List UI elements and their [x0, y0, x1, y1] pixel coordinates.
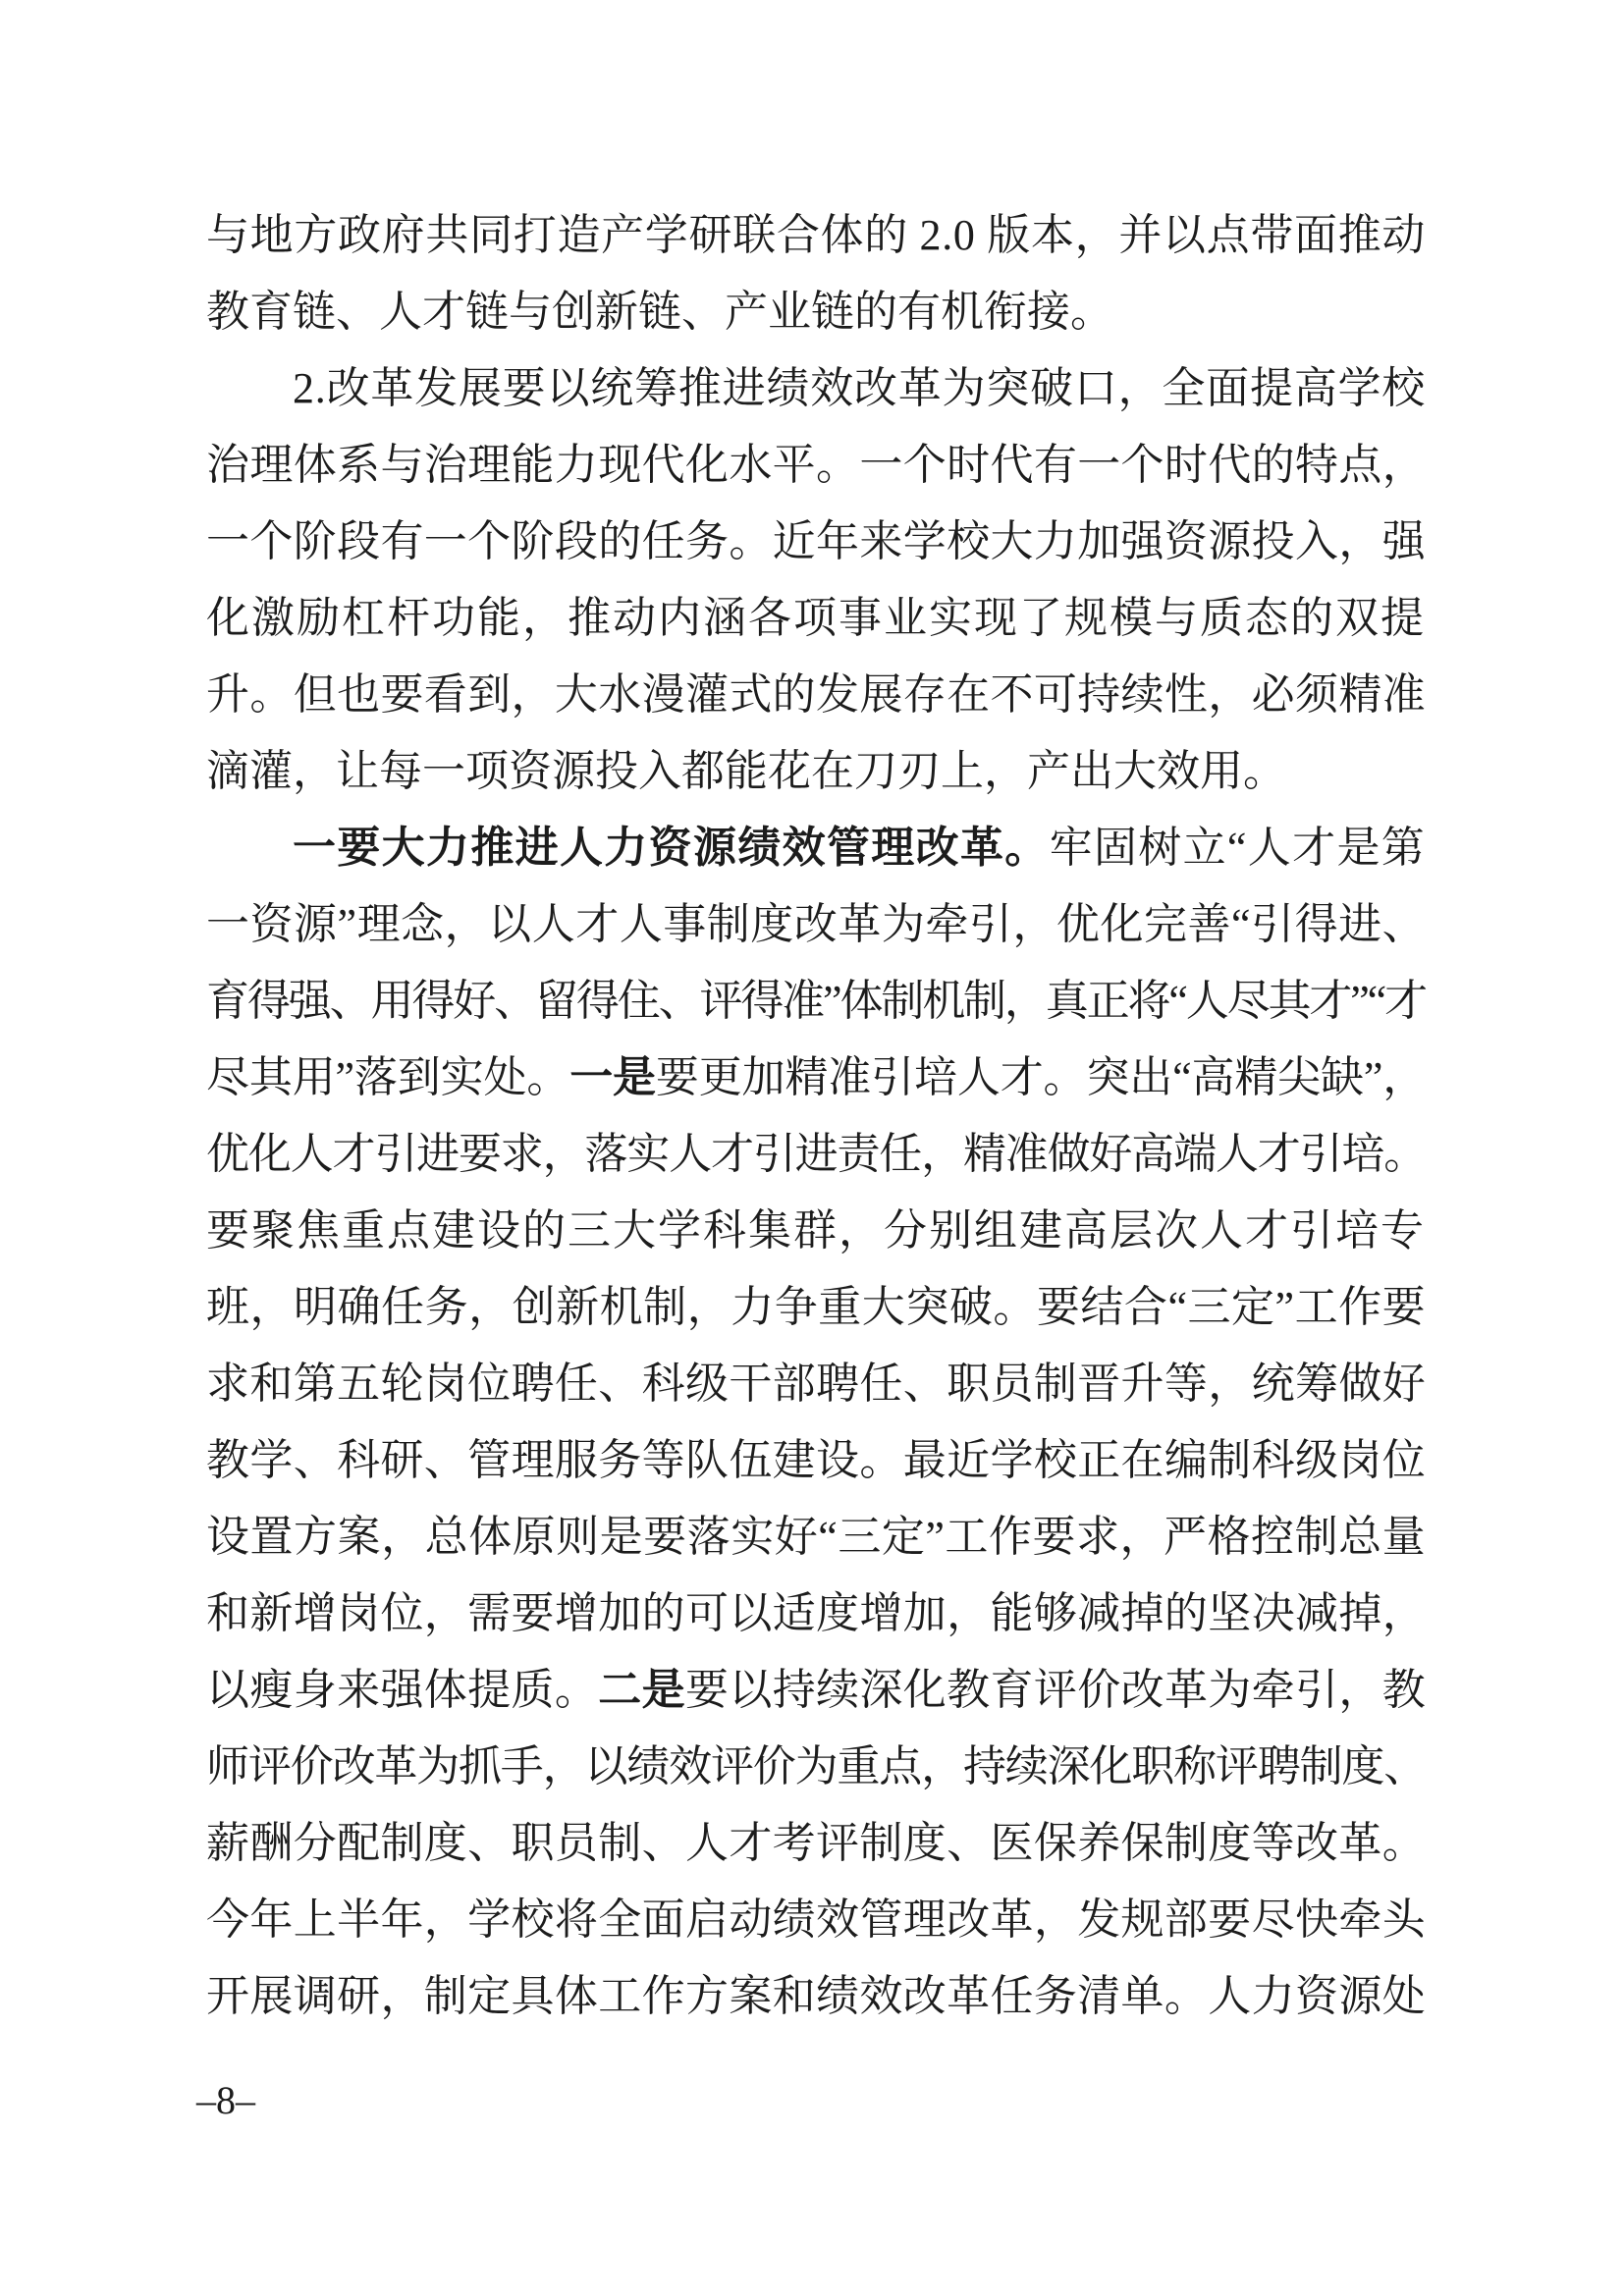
text-line: 以瘦身来强体提质。二是要以持续深化教育评价改革为牵引，教 — [206, 1652, 1426, 1729]
text-line: 薪酬分配制度、职员制、人才考评制度、医保养保制度等改革。 — [206, 1805, 1426, 1882]
text-line-content: 一资源”理念，以人才人事制度改革为牵引，优化完善“引得进、 — [206, 886, 1426, 963]
text-run: 求和第五轮岗位聘任、科级干部聘任、职员制晋升等，统筹做好 — [206, 1360, 1426, 1408]
text-line-content: 尽其用”落到实处。一是要更加精准引培人才。突出“高精尖缺”， — [206, 1040, 1426, 1116]
text-line-content: 优化人才引进要求，落实人才引进责任，精准做好高端人才引培。 — [206, 1116, 1426, 1193]
text-line: 教育链、人才链与创新链、产业链的有机衔接。 — [206, 274, 1426, 350]
text-run: 设置方案，总体原则是要落实好“三定”工作要求，严格控制总量 — [206, 1513, 1426, 1561]
text-line-content: 滴灌，让每一项资源投入都能花在刀刃上，产出大效用。 — [206, 733, 1286, 810]
text-line: 教学、科研、管理服务等队伍建设。最近学校正在编制科级岗位 — [206, 1422, 1426, 1499]
text-line: 化激励杠杆功能，推动内涵各项事业实现了规模与质态的双提 — [206, 580, 1426, 657]
text-line: 班，明确任务，创新机制，力争重大突破。要结合“三定”工作要 — [206, 1269, 1426, 1346]
bold-run: 一是 — [569, 1053, 656, 1101]
text-run: 与地方政府共同打造产学研联合体的 2.0 版本，并以点带面推动 — [206, 211, 1426, 259]
text-line-content: 开展调研，制定具体工作方案和绩效改革任务清单。人力资源处 — [206, 1958, 1426, 2035]
text-line-content: 今年上半年，学校将全面启动绩效管理改革，发规部要尽快牵头 — [206, 1882, 1426, 1958]
text-line-content: 育得强、用得好、留得住、评得准”体制机制，真正将“人尽其才”“才 — [206, 963, 1426, 1040]
text-line-content: 治理体系与治理能力现代化水平。一个时代有一个时代的特点， — [206, 427, 1426, 504]
text-line: 一要大力推进人力资源绩效管理改革。牢固树立“人才是第 — [206, 810, 1426, 886]
text-line: 2.改革发展要以统筹推进绩效改革为突破口，全面提高学校 — [206, 350, 1426, 427]
text-line-content: 教育链、人才链与创新链、产业链的有机衔接。 — [206, 274, 1113, 350]
text-line-content: 以瘦身来强体提质。二是要以持续深化教育评价改革为牵引，教 — [206, 1652, 1426, 1729]
page-number: –8– — [196, 2081, 255, 2120]
text-line: 优化人才引进要求，落实人才引进责任，精准做好高端人才引培。 — [206, 1116, 1426, 1193]
text-line: 育得强、用得好、留得住、评得准”体制机制，真正将“人尽其才”“才 — [206, 963, 1426, 1040]
text-line-content: 升。但也要看到，大水漫灌式的发展存在不可持续性，必须精准 — [206, 657, 1426, 733]
text-line: 一资源”理念，以人才人事制度改革为牵引，优化完善“引得进、 — [206, 886, 1426, 963]
text-run: 要以持续深化教育评价改革为牵引，教 — [685, 1666, 1426, 1714]
text-line-content: 求和第五轮岗位聘任、科级干部聘任、职员制晋升等，统筹做好 — [206, 1346, 1426, 1422]
text-run: 和新增岗位，需要增加的可以适度增加，能够减掉的坚决减掉， — [206, 1589, 1426, 1637]
text-line: 今年上半年，学校将全面启动绩效管理改革，发规部要尽快牵头 — [206, 1882, 1426, 1958]
text-line-content: 与地方政府共同打造产学研联合体的 2.0 版本，并以点带面推动 — [206, 197, 1426, 274]
text-line: 与地方政府共同打造产学研联合体的 2.0 版本，并以点带面推动 — [206, 197, 1426, 274]
text-run: 师评价改革为抓手，以绩效评价为重点，持续深化职称评聘制度、 — [206, 1742, 1426, 1790]
text-run: 牢固树立“人才是第 — [1050, 824, 1427, 872]
text-line-content: 2.改革发展要以统筹推进绩效改革为突破口，全面提高学校 — [293, 350, 1426, 427]
text-line: 升。但也要看到，大水漫灌式的发展存在不可持续性，必须精准 — [206, 657, 1426, 733]
text-run: 2.改革发展要以统筹推进绩效改革为突破口，全面提高学校 — [293, 364, 1426, 412]
text-line: 滴灌，让每一项资源投入都能花在刀刃上，产出大效用。 — [206, 733, 1426, 810]
text-line: 师评价改革为抓手，以绩效评价为重点，持续深化职称评聘制度、 — [206, 1729, 1426, 1805]
bold-run: 二是 — [598, 1666, 685, 1714]
text-run: 一个阶段有一个阶段的任务。近年来学校大力加强资源投入，强 — [206, 517, 1426, 565]
text-run: 要更加精准引培人才。突出“高精尖缺”， — [656, 1053, 1426, 1101]
text-run: 优化人才引进要求，落实人才引进责任，精准做好高端人才引培。 — [206, 1130, 1426, 1178]
text-run: 尽其用”落到实处。 — [206, 1053, 569, 1101]
document-body: 与地方政府共同打造产学研联合体的 2.0 版本，并以点带面推动教育链、人才链与创… — [206, 197, 1426, 2035]
text-run: 以瘦身来强体提质。 — [206, 1666, 598, 1714]
text-run: 一资源”理念，以人才人事制度改革为牵引，优化完善“引得进、 — [206, 900, 1426, 948]
text-run: 治理体系与治理能力现代化水平。一个时代有一个时代的特点， — [206, 441, 1426, 489]
text-run: 今年上半年，学校将全面启动绩效管理改革，发规部要尽快牵头 — [206, 1896, 1426, 1944]
text-line-content: 和新增岗位，需要增加的可以适度增加，能够减掉的坚决减掉， — [206, 1575, 1426, 1652]
text-run: 升。但也要看到，大水漫灌式的发展存在不可持续性，必须精准 — [206, 670, 1426, 719]
text-run: 开展调研，制定具体工作方案和绩效改革任务清单。人力资源处 — [206, 1972, 1426, 2020]
text-line-content: 师评价改革为抓手，以绩效评价为重点，持续深化职称评聘制度、 — [206, 1729, 1426, 1805]
text-line: 设置方案，总体原则是要落实好“三定”工作要求，严格控制总量 — [206, 1499, 1426, 1575]
bold-run: 一要大力推进人力资源绩效管理改革。 — [293, 824, 1050, 872]
text-line-content: 薪酬分配制度、职员制、人才考评制度、医保养保制度等改革。 — [206, 1805, 1426, 1882]
document-page: 与地方政府共同打造产学研联合体的 2.0 版本，并以点带面推动教育链、人才链与创… — [0, 0, 1624, 2296]
text-run: 教学、科研、管理服务等队伍建设。最近学校正在编制科级岗位 — [206, 1436, 1426, 1484]
text-line-content: 要聚焦重点建设的三大学科集群，分别组建高层次人才引培专 — [206, 1193, 1426, 1269]
text-run: 要聚焦重点建设的三大学科集群，分别组建高层次人才引培专 — [206, 1206, 1426, 1255]
text-run: 滴灌，让每一项资源投入都能花在刀刃上，产出大效用。 — [206, 747, 1286, 795]
text-run: 化激励杠杆功能，推动内涵各项事业实现了规模与质态的双提 — [206, 594, 1426, 642]
text-run: 班，明确任务，创新机制，力争重大突破。要结合“三定”工作要 — [206, 1283, 1426, 1331]
text-line: 求和第五轮岗位聘任、科级干部聘任、职员制晋升等，统筹做好 — [206, 1346, 1426, 1422]
text-run: 薪酬分配制度、职员制、人才考评制度、医保养保制度等改革。 — [206, 1819, 1426, 1867]
text-line-content: 一个阶段有一个阶段的任务。近年来学校大力加强资源投入，强 — [206, 504, 1426, 580]
text-line: 开展调研，制定具体工作方案和绩效改革任务清单。人力资源处 — [206, 1958, 1426, 2035]
text-line-content: 设置方案，总体原则是要落实好“三定”工作要求，严格控制总量 — [206, 1499, 1426, 1575]
text-line: 治理体系与治理能力现代化水平。一个时代有一个时代的特点， — [206, 427, 1426, 504]
text-line: 尽其用”落到实处。一是要更加精准引培人才。突出“高精尖缺”， — [206, 1040, 1426, 1116]
text-run: 育得强、用得好、留得住、评得准”体制机制，真正将“人尽其才”“才 — [206, 977, 1426, 1025]
text-line: 一个阶段有一个阶段的任务。近年来学校大力加强资源投入，强 — [206, 504, 1426, 580]
text-line-content: 教学、科研、管理服务等队伍建设。最近学校正在编制科级岗位 — [206, 1422, 1426, 1499]
text-line: 要聚焦重点建设的三大学科集群，分别组建高层次人才引培专 — [206, 1193, 1426, 1269]
text-line-content: 一要大力推进人力资源绩效管理改革。牢固树立“人才是第 — [293, 810, 1426, 886]
text-run: 教育链、人才链与创新链、产业链的有机衔接。 — [206, 288, 1113, 336]
text-line: 和新增岗位，需要增加的可以适度增加，能够减掉的坚决减掉， — [206, 1575, 1426, 1652]
text-line-content: 班，明确任务，创新机制，力争重大突破。要结合“三定”工作要 — [206, 1269, 1426, 1346]
text-line-content: 化激励杠杆功能，推动内涵各项事业实现了规模与质态的双提 — [206, 580, 1426, 657]
